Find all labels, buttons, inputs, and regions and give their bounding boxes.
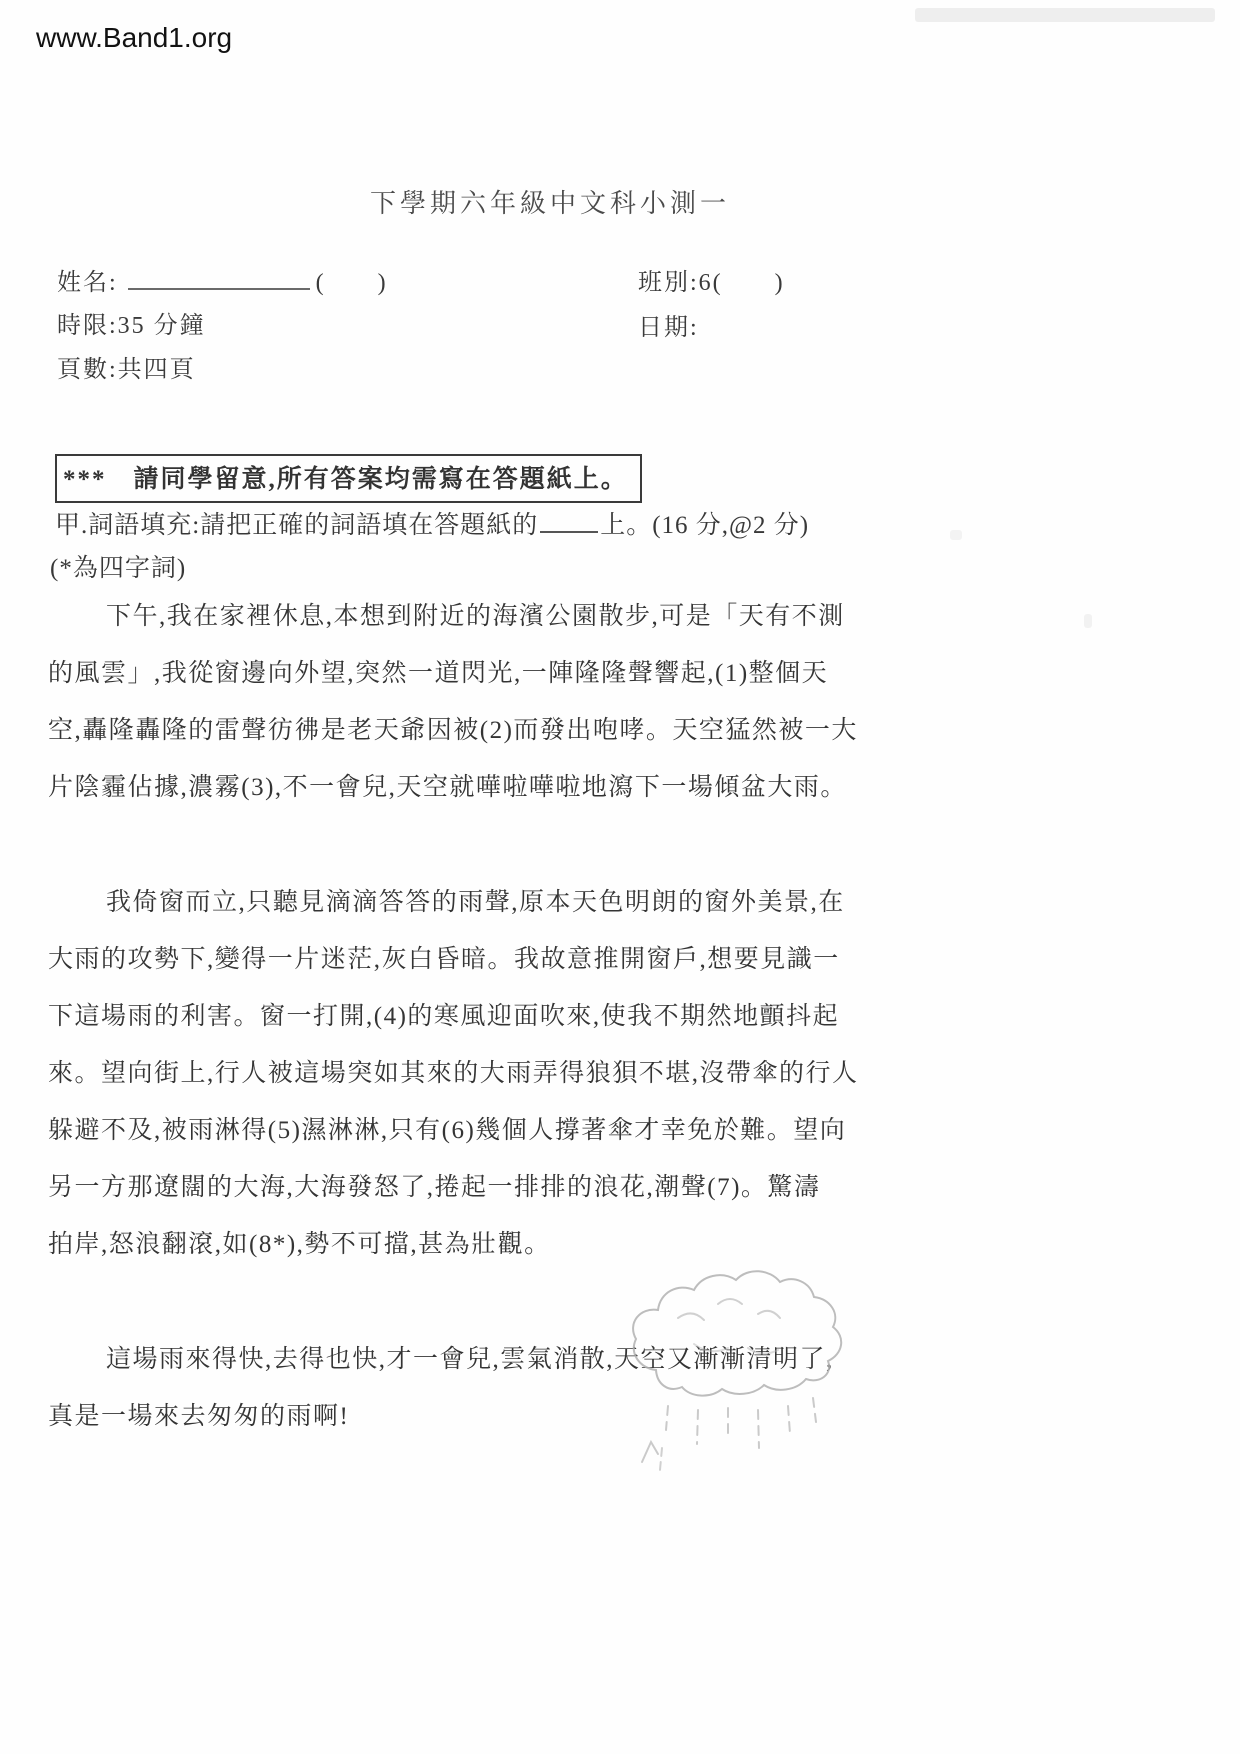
page-title: 下學期六年級中文科小測一 (0, 183, 1100, 220)
passage-line: 下午,我在家裡休息,本想到附近的海濱公園散步,可是「天有不測 (48, 588, 878, 645)
name-paren: ( ) (316, 270, 388, 296)
passage-line: 躲避不及,被雨淋得(5)濕淋淋,只有(6)幾個人撐著傘才幸免於難。望向 (48, 1102, 878, 1159)
answer-blank-line (540, 511, 598, 533)
passage-line: 我倚窗而立,只聽見滴滴答答的雨聲,原本天色明朗的窗外美景,在 (48, 874, 878, 931)
passage-line: 下這場雨的利害。窗一打開,(4)的寒風迎面吹來,使我不期然地顫抖起 (48, 988, 878, 1045)
cloud-rain-sketch-icon (598, 1248, 878, 1498)
page-count-row: 頁數:共四頁 (57, 349, 196, 384)
passage-line: 大雨的攻勢下,變得一片迷茫,灰白昏暗。我故意推開窗戶,想要見識一 (48, 931, 878, 988)
paragraph-1: 下午,我在家裡休息,本想到附近的海濱公園散步,可是「天有不測 的風雲」,我從窗邊… (48, 588, 878, 816)
passage-line: 來。望向街上,行人被這場突如其來的大雨弄得狼狽不堪,沒帶傘的行人 (48, 1045, 878, 1102)
passage-line: 空,轟隆轟隆的雷聲彷彿是老天爺因被(2)而發出咆哮。天空猛然被一大 (48, 702, 878, 759)
class-field-row: 班別:6( ) (638, 262, 785, 297)
section-a-note: (*為四字詞) (50, 548, 186, 584)
date-field-row: 日期: (638, 307, 699, 342)
time-limit-row: 時限:35 分鐘 (57, 305, 206, 340)
class-label: 班別:6( ) (638, 270, 785, 296)
passage-line: 的風雲」,我從窗邊向外望,突然一道閃光,一陣隆隆聲響起,(1)整個天 (48, 645, 878, 702)
site-watermark: www.Band1.org (36, 22, 232, 54)
notice-box: *** 請同學留意,所有答案均需寫在答題紙上。 (55, 454, 642, 503)
page-count-label: 頁數:共四頁 (57, 357, 196, 383)
scanned-test-paper: www.Band1.org 下學期六年級中文科小測一 姓名:( ) 班別:6( … (0, 0, 1240, 1754)
paragraph-2: 我倚窗而立,只聽見滴滴答答的雨聲,原本天色明朗的窗外美景,在 大雨的攻勢下,變得… (48, 874, 878, 1273)
name-field-row: 姓名:( ) (57, 262, 388, 297)
date-label: 日期: (638, 315, 699, 341)
scan-noise (1084, 614, 1092, 628)
instruction-suffix: 上。(16 分,@2 分) (600, 512, 809, 539)
passage-line: 片陰霾佔據,濃霧(3),不一會兒,天空就嘩啦嘩啦地瀉下一場傾盆大雨。 (48, 759, 878, 816)
scan-noise (950, 530, 962, 540)
name-blank-line (128, 264, 310, 290)
time-limit-label: 時限:35 分鐘 (57, 313, 206, 339)
section-a-instruction: 甲.詞語填充:請把正確的詞語填在答題紙的上。(16 分,@2 分) (55, 505, 809, 541)
passage-line: 另一方那遼闊的大海,大海發怒了,捲起一排排的浪花,潮聲(7)。驚濤 (48, 1159, 878, 1216)
scan-noise (915, 8, 1215, 22)
instruction-prefix: 甲.詞語填充:請把正確的詞語填在答題紙的 (55, 512, 538, 539)
name-label: 姓名: (57, 270, 118, 296)
